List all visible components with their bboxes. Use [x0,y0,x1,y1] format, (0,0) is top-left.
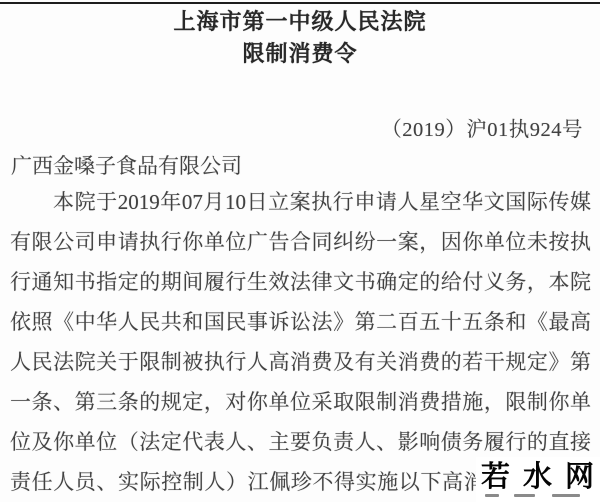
watermark-text: 若水网 [481,463,600,492]
body-line: 本院于2019年07月10日立案执行申请人星空华文国际传媒 [10,182,591,222]
body-line: 人民法院关于限制被执行人高消费及有关消费的若干规定》第 [10,342,591,382]
watermark-badge: 若水网 [476,457,600,502]
body-line: 位及你单位（法定代表人、主要负责人、影响债务履行的直接 [10,422,591,462]
top-border-line [0,2,600,4]
watermark-subtext-marks [476,494,600,498]
body-paragraph: 本院于2019年07月10日立案执行申请人星空华文国际传媒 有限公司申请执行你单… [10,182,591,502]
document-page: 上海市第一中级人民法院 限制消费令 （2019）沪01执924号 广西金嗓子食品… [0,0,600,502]
court-name: 上海市第一中级人民法院 [0,5,600,36]
body-line: 有限公司申请执行你单位广告合同纠纷一案，因你单位未按执 [10,222,591,262]
addressee-company: 广西金嗓子食品有限公司 [11,150,242,180]
body-line: 依照《中华人民共和国民事诉讼法》第二百五十五条和《最高 [10,302,591,342]
body-line: 行通知书指定的期间履行生效法律文书确定的给付义务，本院 [10,262,591,302]
case-number: （2019）沪01执924号 [381,112,583,142]
body-line: 一条、第三条的规定，对你单位采取限制消费措施，限制你单 [10,382,591,422]
document-title: 限制消费令 [0,37,600,68]
